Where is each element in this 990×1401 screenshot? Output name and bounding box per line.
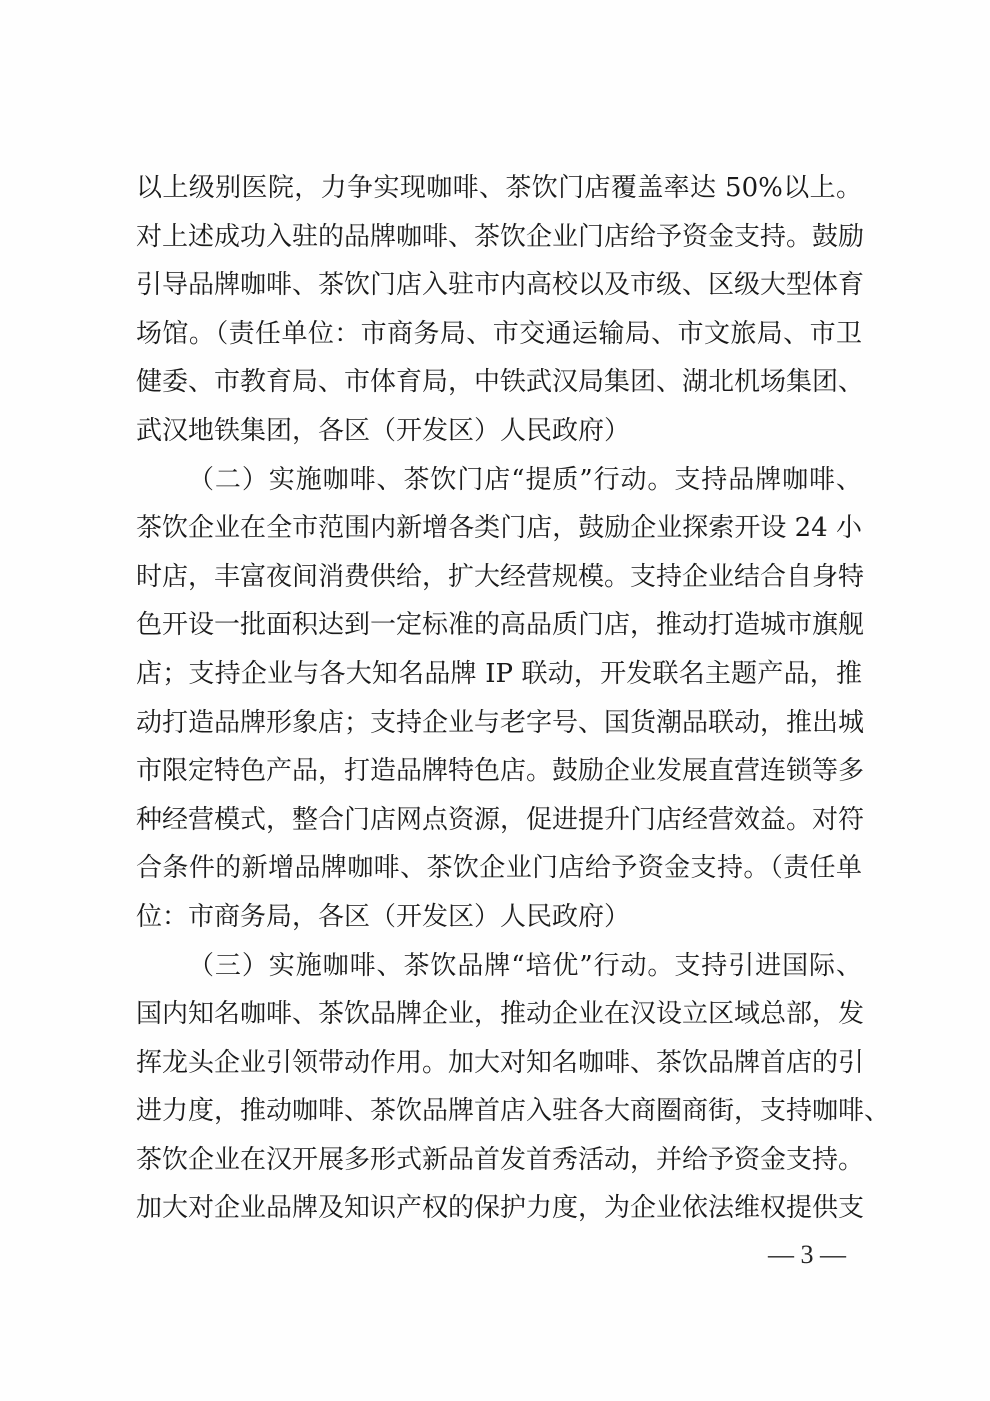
text-line: 时店，丰富夜间消费供给，扩大经营规模。支持企业结合自身特: [136, 553, 862, 602]
text-line: 以上级别医院，力争实现咖啡、茶饮门店覆盖率达 50%以上。: [136, 164, 862, 213]
text-line: 位：市商务局，各区（开发区）人民政府）: [136, 893, 862, 942]
text-line: 合条件的新增品牌咖啡、茶饮企业门店给予资金支持。（责任单: [136, 844, 862, 893]
text-line: 色开设一批面积达到一定标准的高品质门店，推动打造城市旗舰: [136, 601, 862, 650]
text-line: 引导品牌咖啡、茶饮门店入驻市内高校以及市级、区级大型体育: [136, 261, 862, 310]
page-number: — 3 —: [762, 1240, 852, 1270]
text-line: 进力度，推动咖啡、茶饮品牌首店入驻各大商圈商街，支持咖啡、: [136, 1087, 862, 1136]
section-heading-line: （二）实施咖啡、茶饮门店“提质”行动。支持品牌咖啡、: [136, 456, 862, 505]
document-page: 以上级别医院，力争实现咖啡、茶饮门店覆盖率达 50%以上。 对上述成功入驻的品牌…: [0, 0, 990, 1401]
text-line: 茶饮企业在汉开展多形式新品首发首秀活动，并给予资金支持。: [136, 1136, 862, 1185]
text-line: 动打造品牌形象店；支持企业与老字号、国货潮品联动，推出城: [136, 699, 862, 748]
text-line: 市限定特色产品，打造品牌特色店。鼓励企业发展直营连锁等多: [136, 747, 862, 796]
text-line: 店；支持企业与各大知名品牌 IP 联动，开发联名主题产品，推: [136, 650, 862, 699]
text-line: 场馆。（责任单位：市商务局、市交通运输局、市文旅局、市卫: [136, 310, 862, 359]
section-heading-line: （三）实施咖啡、茶饮品牌“培优”行动。支持引进国际、: [136, 942, 862, 991]
text-line: 种经营模式，整合门店网点资源，促进提升门店经营效益。对符: [136, 796, 862, 845]
text-line: 国内知名咖啡、茶饮品牌企业，推动企业在汉设立区域总部，发: [136, 990, 862, 1039]
text-line: 挥龙头企业引领带动作用。加大对知名咖啡、茶饮品牌首店的引: [136, 1039, 862, 1088]
body-text: 以上级别医院，力争实现咖啡、茶饮门店覆盖率达 50%以上。 对上述成功入驻的品牌…: [136, 164, 862, 1233]
text-line: 武汉地铁集团，各区（开发区）人民政府）: [136, 407, 862, 456]
text-line: 加大对企业品牌及知识产权的保护力度，为企业依法维权提供支: [136, 1184, 862, 1233]
text-line: 对上述成功入驻的品牌咖啡、茶饮企业门店给予资金支持。鼓励: [136, 213, 862, 262]
text-line: 茶饮企业在全市范围内新增各类门店，鼓励企业探索开设 24 小: [136, 504, 862, 553]
text-line: 健委、市教育局、市体育局，中铁武汉局集团、湖北机场集团、: [136, 358, 862, 407]
